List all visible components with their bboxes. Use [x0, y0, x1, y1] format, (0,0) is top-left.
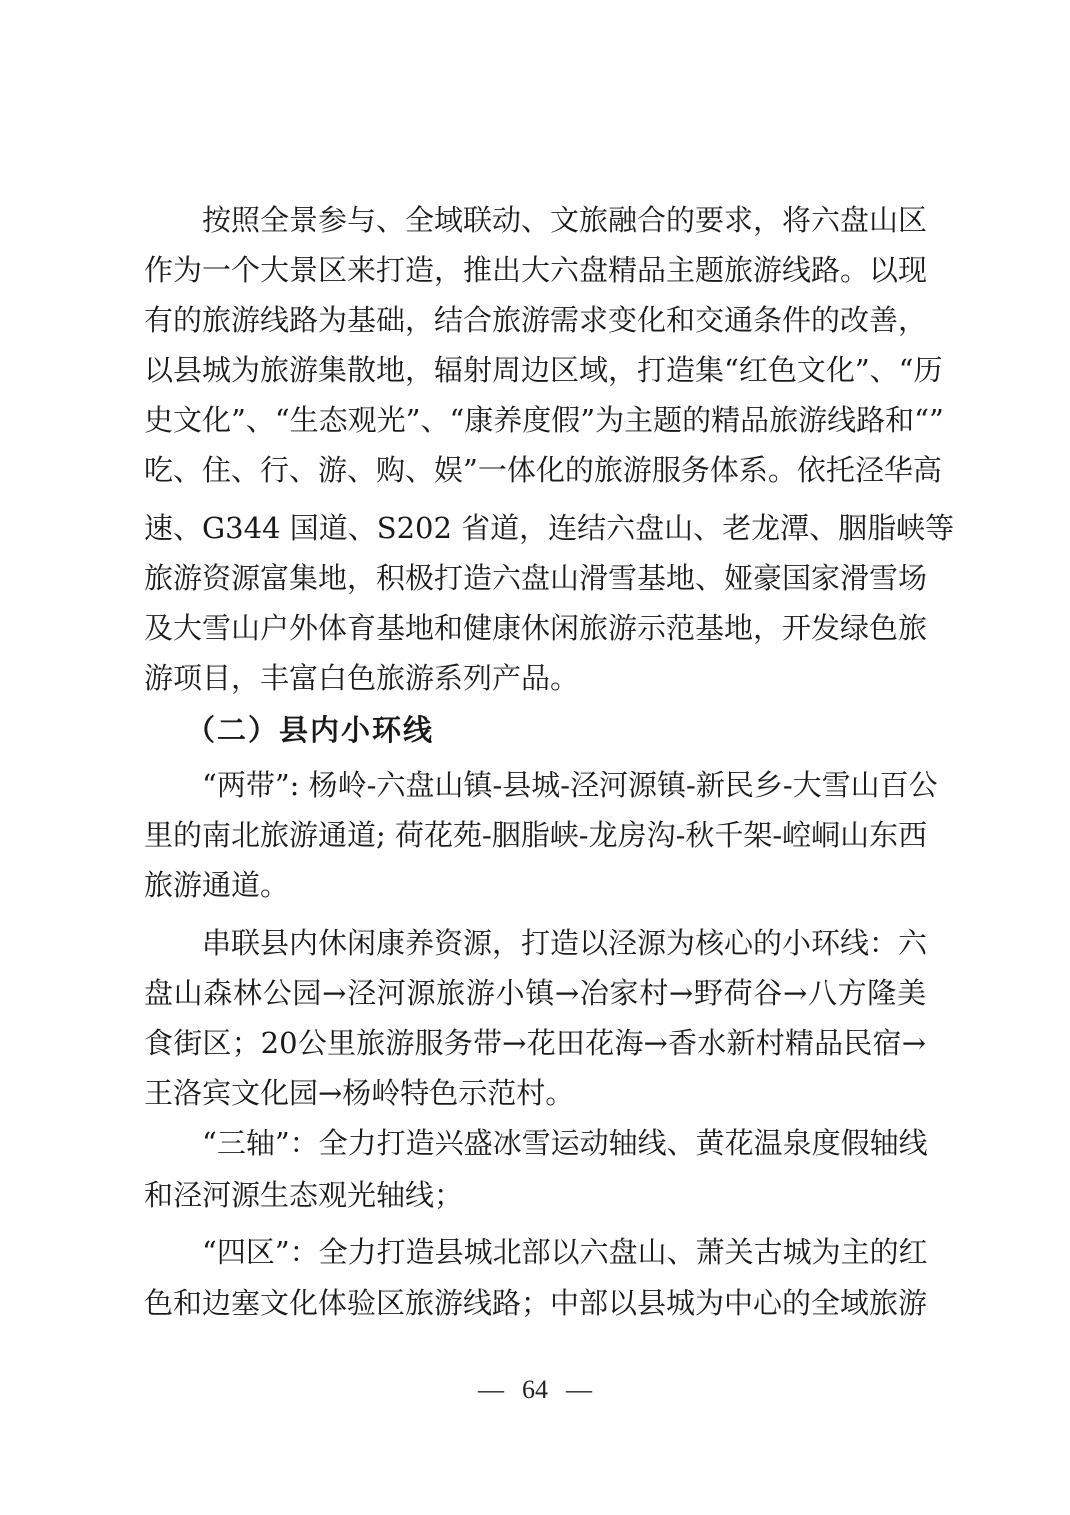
text-line: “三轴”：全力打造兴盛冰雪运动轴线、黄花温泉度假轴线 — [202, 1123, 926, 1163]
page-number-footer: —64— — [0, 1372, 1070, 1408]
text-line: 以县城为旅游集散地，辐射周边区域，打造集“红色文化”、“历 — [144, 350, 926, 390]
page-number: 64 — [522, 1375, 548, 1404]
text-line: 有的旅游线路为基础，结合旅游需求变化和交通条件的改善， — [144, 300, 926, 340]
text-line: 串联县内休闲康养资源，打造以泾源为核心的小环线：六 — [202, 923, 926, 963]
text-line: 史文化”、“生态观光”、“康养度假”为主题的精品旅游线路和“” — [144, 400, 926, 440]
text-line: 王洛宾文化园→杨岭特色示范村。 — [144, 1073, 926, 1113]
text-line: 吃、住、行、游、购、娱”一体化的旅游服务体系。依托泾华高 — [144, 450, 926, 490]
text-line: 食街区；20公里旅游服务带→花田花海→香水新村精品民宿→ — [144, 1023, 926, 1063]
text-line: 及大雪山户外体育基地和健康休闲旅游示范基地，开发绿色旅 — [144, 608, 926, 648]
document-page: 按照全景参与、全域联动、文旅融合的要求，将六盘山区 作为一个大景区来打造，推出大… — [0, 0, 1070, 1515]
text-line: 盘山森林公园→泾河源旅游小镇→冶家村→野荷谷→八方隆美 — [144, 973, 926, 1013]
text-line: “四区”：全力打造县城北部以六盘山、萧关古城为主的红 — [202, 1232, 926, 1272]
dash-right: — — [566, 1372, 592, 1408]
dash-left: — — [478, 1372, 504, 1408]
text-line: 作为一个大景区来打造，推出大六盘精品主题旅游线路。以现 — [144, 250, 926, 290]
text-line: 旅游资源富集地，积极打造六盘山滑雪基地、娅豪国家滑雪场 — [144, 558, 926, 598]
text-line: 按照全景参与、全域联动、文旅融合的要求，将六盘山区 — [202, 200, 926, 240]
text-line: 速、G344 国道、S202 省道，连结六盘山、老龙潭、胭脂峡等 — [144, 508, 926, 548]
text-line: 旅游通道。 — [144, 865, 926, 905]
text-line: 色和边塞文化体验区旅游线路；中部以县城为中心的全域旅游 — [144, 1283, 926, 1323]
text-line: 里的南北旅游通道; 荷花苑-胭脂峡-龙房沟-秋千架-崆峒山东西 — [144, 815, 926, 855]
section-heading: （二）县内小环线 — [186, 710, 434, 750]
text-line: “两带”: 杨岭-六盘山镇-县城-泾河源镇-新民乡-大雪山百公 — [202, 765, 926, 805]
text-line: 游项目，丰富白色旅游系列产品。 — [144, 658, 926, 698]
text-line: 和泾河源生态观光轴线； — [144, 1175, 926, 1215]
